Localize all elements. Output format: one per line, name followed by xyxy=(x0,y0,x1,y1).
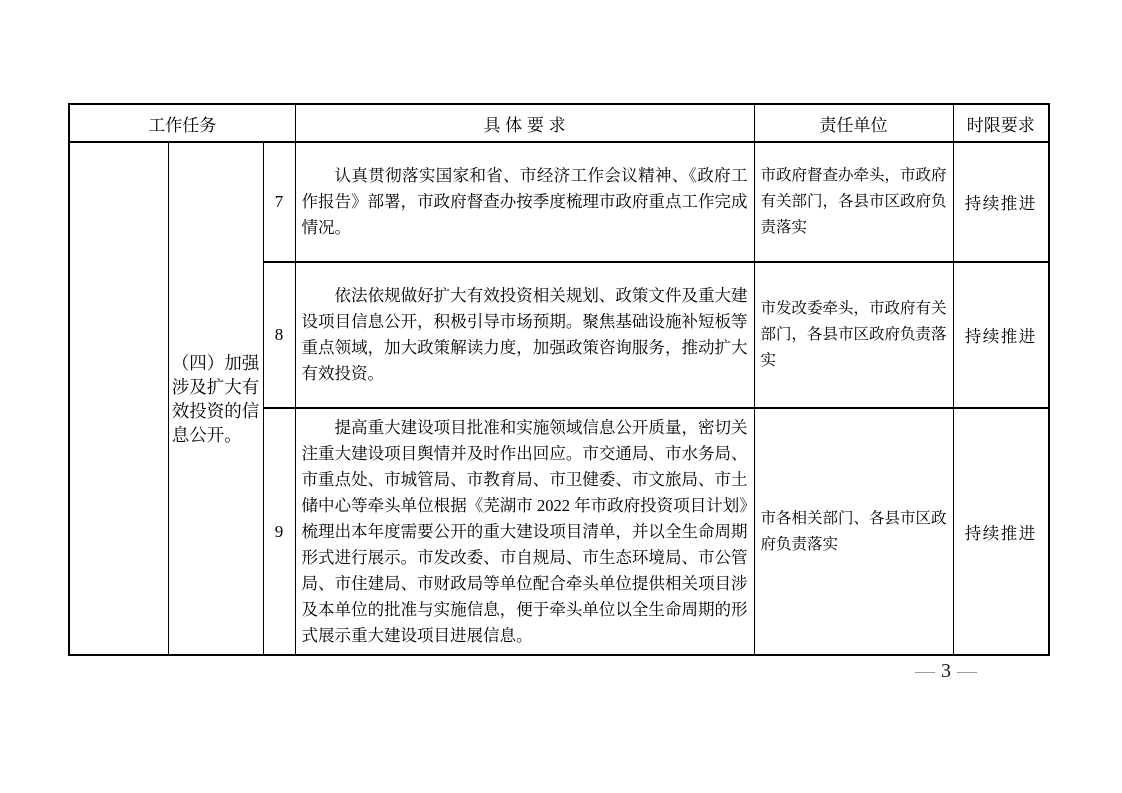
row-number: 9 xyxy=(263,408,295,655)
row-number: 7 xyxy=(263,142,295,262)
header-cell-task: 工作任务 xyxy=(69,104,295,142)
work-task-table: 工作任务 具 体 要 求 责任单位 时限要求 （四）加强涉及扩大有效投资的信息公… xyxy=(68,103,1050,656)
deadline-text: 持续推进 xyxy=(953,408,1049,655)
category-text: （四）加强涉及扩大有效投资的信息公开。 xyxy=(172,351,260,447)
page-footer: —3— xyxy=(886,660,1006,683)
header-cell-requirement: 具 体 要 求 xyxy=(295,104,754,142)
footer-dash-left: — xyxy=(915,660,935,682)
unit-text: 市各相关部门、各县市区政府负责落实 xyxy=(755,506,953,558)
document-page: 工作任务 具 体 要 求 责任单位 时限要求 （四）加强涉及扩大有效投资的信息公… xyxy=(0,0,1122,793)
unit-cell: 市各相关部门、各县市区政府负责落实 xyxy=(754,408,953,655)
footer-page-number: 3 xyxy=(941,660,951,682)
deadline-text: 持续推进 xyxy=(953,262,1049,408)
requirement-text: 认真贯彻落实国家和省、市经济工作会议精神、《政府工作报告》部署，市政府督查办按季… xyxy=(296,163,754,241)
requirement-cell: 依法依规做好扩大有效投资相关规划、政策文件及重大建设项目信息公开，积极引导市场预… xyxy=(295,262,754,408)
header-cell-deadline: 时限要求 xyxy=(953,104,1049,142)
requirement-text: 提高重大建设项目批准和实施领域信息公开质量，密切关注重大建设项目舆情并及时作出回… xyxy=(296,415,754,649)
category-cell: （四）加强涉及扩大有效投资的信息公开。 xyxy=(168,142,263,655)
footer-dash-right: — xyxy=(957,660,977,682)
requirement-text: 依法依规做好扩大有效投资相关规划、政策文件及重大建设项目信息公开，积极引导市场预… xyxy=(296,283,754,387)
unit-cell: 市政府督查办牵头，市政府有关部门，各县市区政府负责落实 xyxy=(754,142,953,262)
deadline-text: 持续推进 xyxy=(953,142,1049,262)
task-group-cell xyxy=(69,142,168,655)
table-header-row: 工作任务 具 体 要 求 责任单位 时限要求 xyxy=(69,104,1049,142)
row-number: 8 xyxy=(263,262,295,408)
requirement-cell: 提高重大建设项目批准和实施领域信息公开质量，密切关注重大建设项目舆情并及时作出回… xyxy=(295,408,754,655)
requirement-cell: 认真贯彻落实国家和省、市经济工作会议精神、《政府工作报告》部署，市政府督查办按季… xyxy=(295,142,754,262)
unit-cell: 市发改委牵头，市政府有关部门，各县市区政府负责落实 xyxy=(754,262,953,408)
unit-text: 市发改委牵头，市政府有关部门，各县市区政府负责落实 xyxy=(755,296,953,374)
header-cell-unit: 责任单位 xyxy=(754,104,953,142)
table-row-7: （四）加强涉及扩大有效投资的信息公开。 7 认真贯彻落实国家和省、市经济工作会议… xyxy=(69,142,1049,262)
unit-text: 市政府督查办牵头，市政府有关部门，各县市区政府负责落实 xyxy=(755,163,953,241)
